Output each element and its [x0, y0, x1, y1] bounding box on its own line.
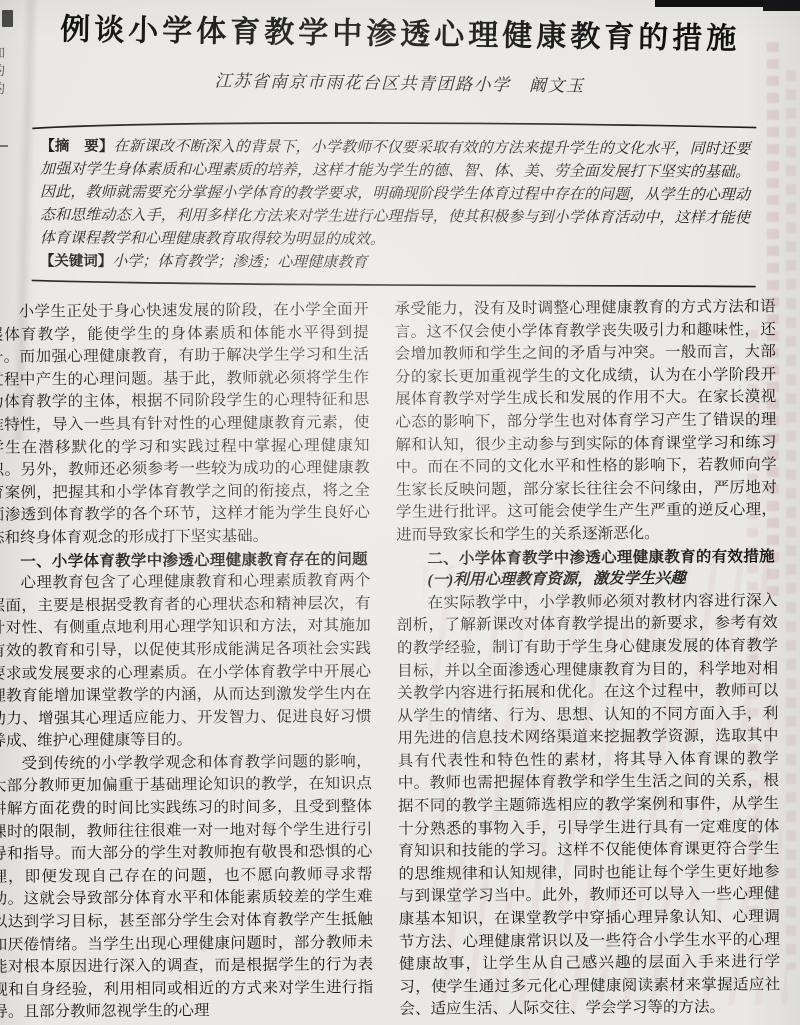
- abstract-paragraph: 【摘 要】在新课改不断深入的背景下，小学教师不仅要采取有效的方法来提升学生的文化…: [40, 135, 750, 253]
- subsection-heading: (一)利用心理教育资源，激发学生兴趣: [396, 567, 777, 592]
- scanned-article-page: 加 的 的 例谈小学体育教学中渗透心理健康教育的措施 江苏省南京市雨花台区共青团…: [0, 0, 800, 1025]
- article-body: 小学生正处于身心快速发展的阶段，在小学全面开展体育教学，能使学生的身体素质和体能…: [0, 296, 781, 1024]
- article-byline: 江苏省南京市雨花台区共青团路小学 阚文玉: [0, 63, 800, 99]
- body-paragraph: 受到传统的小学教学观念和体育教学问题的影响，大部分教师更加偏重于基础理论知识的教…: [0, 751, 374, 1025]
- right-column: 承受能力，没有及时调整心理健康教育的方式方法和语言。这不仅会使小学体育教学丧失吸…: [394, 296, 780, 1022]
- body-paragraph-continuation: 承受能力，没有及时调整心理健康教育的方式方法和语言。这不仅会使小学体育教学丧失吸…: [394, 296, 777, 547]
- left-column: 小学生正处于身心快速发展的阶段，在小学全面开展体育教学，能使学生的身体素质和体能…: [0, 299, 374, 1025]
- article-title: 例谈小学体育教学中渗透心理健康教育的措施: [0, 10, 800, 59]
- article-header: 例谈小学体育教学中渗透心理健康教育的措施 江苏省南京市雨花台区共青团路小学 阚文…: [0, 10, 800, 99]
- keywords-text: 小学；体育教学；渗透；心理健康教育: [112, 254, 367, 271]
- ink-bleed-overlay: [786, 70, 796, 970]
- margin-tick-mark: [0, 145, 8, 147]
- keywords-label: 【关键词】: [40, 253, 113, 269]
- body-paragraph: 心理教育包含了心理健康教育和心理素质教育两个层面，主要是根据受教育者的心理状态和…: [0, 570, 372, 753]
- abstract-bottom-rule: [30, 277, 758, 290]
- keywords-paragraph: 【关键词】小学；体育教学；渗透；心理健康教育: [40, 250, 750, 276]
- body-paragraph: 在实际教学中，小学教师必须对教材内容进行深入剖析，了解新课改对体育教学提出的新要…: [397, 590, 781, 1022]
- abstract-text: 在新课改不断深入的背景下，小学教师不仅要采取有效的方法来提升学生的文化水平，同时…: [40, 139, 750, 248]
- body-paragraph: 小学生正处于身心快速发展的阶段，在小学全面开展体育教学，能使学生的身体素质和体能…: [0, 299, 370, 550]
- abstract-label: 【摘 要】: [40, 138, 113, 154]
- abstract-body: 【摘 要】在新课改不断深入的背景下，小学教师不仅要采取有效的方法来提升学生的文化…: [30, 130, 759, 280]
- scan-top-bar-nub: [763, 0, 800, 11]
- section-heading-1: 一、小学体育教学中渗透心理健康教育存在的问题: [0, 548, 370, 573]
- abstract-box: 【摘 要】在新课改不断深入的背景下，小学教师不仅要采取有效的方法来提升学生的文化…: [30, 118, 759, 290]
- section-heading-2: 二、小学体育教学中渗透心理健康教育的有效措施: [396, 545, 777, 570]
